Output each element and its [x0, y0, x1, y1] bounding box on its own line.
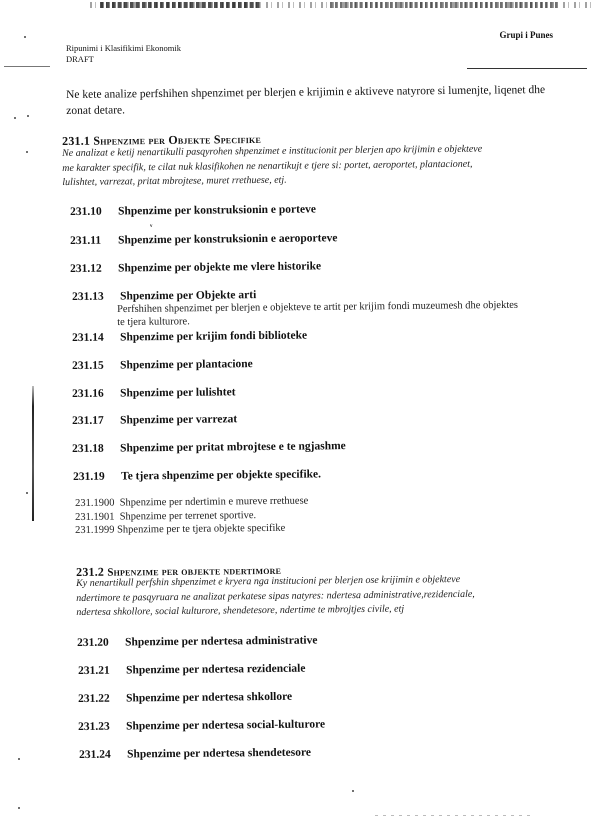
sub-item: 231.1999 Shpenzime per te tjera objekte … — [75, 523, 285, 536]
item-label: Shpenzime per pritat mbrojtese e te ngja… — [120, 440, 346, 454]
list-item: 231.24Shpenzime per ndertesa shendetesor… — [79, 747, 311, 761]
sub-item-code: 231.1901 — [75, 512, 117, 523]
item-label: Shpenzime per objekte me vlere historike — [118, 260, 321, 274]
list-item: 231.19Te tjera shpenzime per objekte spe… — [73, 468, 321, 483]
item-label: Shpenzime per ndertesa shendetesore — [127, 747, 311, 761]
item-code: 231.20 — [77, 637, 121, 649]
scan-speck — [24, 36, 26, 38]
working-group-label: Grupi i Punes — [499, 30, 553, 40]
item-description-231-13: Perfshihen shpenzimet per blerjen e obje… — [117, 298, 587, 329]
sub-item-code: 231.1999 — [75, 525, 114, 536]
item-label: Shpenzime per ndertesa social-kulturore — [126, 718, 325, 732]
list-item: 231.16Shpenzime per lulishtet — [72, 386, 236, 400]
scan-speck — [14, 117, 16, 119]
intro-paragraph: Ne kete analize perfshihen shpenzimet pe… — [66, 82, 566, 119]
scan-speck — [27, 115, 29, 117]
item-code: 231.24 — [79, 749, 123, 761]
list-item: 231.14Shpenzime per krijim fondi bibliot… — [72, 330, 307, 344]
scan-noise-top-dark — [100, 2, 260, 8]
sub-item-code: 231.1900 — [75, 498, 117, 509]
list-item: 231.17Shpenzime per varrezat — [72, 413, 237, 427]
item-code: 231.15 — [72, 360, 116, 372]
item-code: 231.18 — [72, 443, 116, 455]
section-description-231-2: Ky nenartikull perfshin shpenzimet e kry… — [76, 572, 586, 621]
item-code: 231.10 — [70, 206, 114, 218]
item-code: 231.13 — [72, 291, 116, 303]
section-description-231-1: Ne analizat e ketij nenartikulli pasqyro… — [62, 142, 587, 191]
sub-item: 231.1901 Shpenzime per terrenet sportive… — [75, 510, 256, 523]
item-code: 231.12 — [70, 263, 114, 275]
scan-noise-top-dark-right — [330, 2, 560, 8]
scan-speck — [18, 807, 20, 809]
list-item: 231.22Shpenzime per ndertesa shkollore — [78, 691, 292, 705]
item-code: 231.14 — [72, 332, 116, 344]
list-item: 231.15Shpenzime per plantacione — [72, 358, 253, 372]
sub-item: 231.1900 Shpenzime per ndertimin e murev… — [75, 496, 308, 509]
item-label: Shpenzime per Objekte arti — [120, 289, 256, 302]
item-code: 231.17 — [72, 415, 116, 427]
item-label: Shpenzime per ndertesa administrative — [125, 634, 318, 648]
item-code: 231.21 — [78, 665, 122, 677]
list-item: 231.18Shpenzime per pritat mbrojtese e t… — [72, 440, 346, 455]
item-label: Shpenzime per ndertesa shkollore — [126, 691, 292, 705]
item-label: Shpenzime per krijim fondi biblioteke — [120, 330, 307, 344]
sub-item-label: Shpenzime per terrenet sportive. — [120, 510, 257, 522]
list-item: 231.20Shpenzime per ndertesa administrat… — [77, 634, 318, 649]
item-label: Te tjera shpenzime per objekte specifike… — [121, 468, 321, 482]
scan-speck — [26, 492, 28, 494]
item-label: Shpenzime per konstruksionin e aeroporte… — [118, 232, 337, 246]
item-label: Shpenzime per konstruksionin e porteve — [118, 203, 316, 217]
document-title: Ripunimi i Klasifikimi Ekonomik — [66, 43, 181, 54]
list-item: 231.23Shpenzime per ndertesa social-kult… — [78, 718, 325, 733]
list-item: 231.11Shpenzime per konstruksionin e aer… — [70, 232, 337, 247]
item-code: 231.16 — [72, 388, 116, 400]
item-label: Shpenzime per plantacione — [120, 358, 253, 371]
item-code: 231.19 — [73, 471, 117, 483]
scan-speck — [18, 758, 20, 760]
item-label: Shpenzime per lulishtet — [120, 386, 236, 399]
document-header: Ripunimi i Klasifikimi Ekonomik DRAFT — [66, 43, 181, 65]
margin-mark-line — [32, 386, 34, 521]
item-label: Shpenzime per varrezat — [120, 413, 237, 426]
sub-item-label: Shpenzime per te tjera objekte specifike — [117, 523, 285, 536]
sub-item-label: Shpenzime per ndertimin e mureve rrethue… — [120, 496, 309, 509]
item-label: Shpenzime per ndertesa rezidenciale — [126, 663, 306, 677]
scan-noise-bottom — [375, 815, 530, 816]
header-rule-left — [4, 66, 50, 67]
item-code: 231.22 — [78, 693, 122, 705]
scan-speck — [352, 790, 354, 792]
scan-mark: ᵛ — [150, 222, 152, 231]
scan-speck — [26, 151, 28, 153]
header-rule-right — [467, 68, 587, 69]
item-code: 231.11 — [70, 235, 114, 247]
draft-label: DRAFT — [66, 54, 181, 65]
list-item: 231.10Shpenzime per konstruksionin e por… — [70, 203, 316, 218]
list-item: 231.21Shpenzime per ndertesa rezidencial… — [78, 663, 306, 677]
item-code: 231.23 — [78, 721, 122, 733]
list-item: 231.12Shpenzime per objekte me vlere his… — [70, 260, 321, 275]
